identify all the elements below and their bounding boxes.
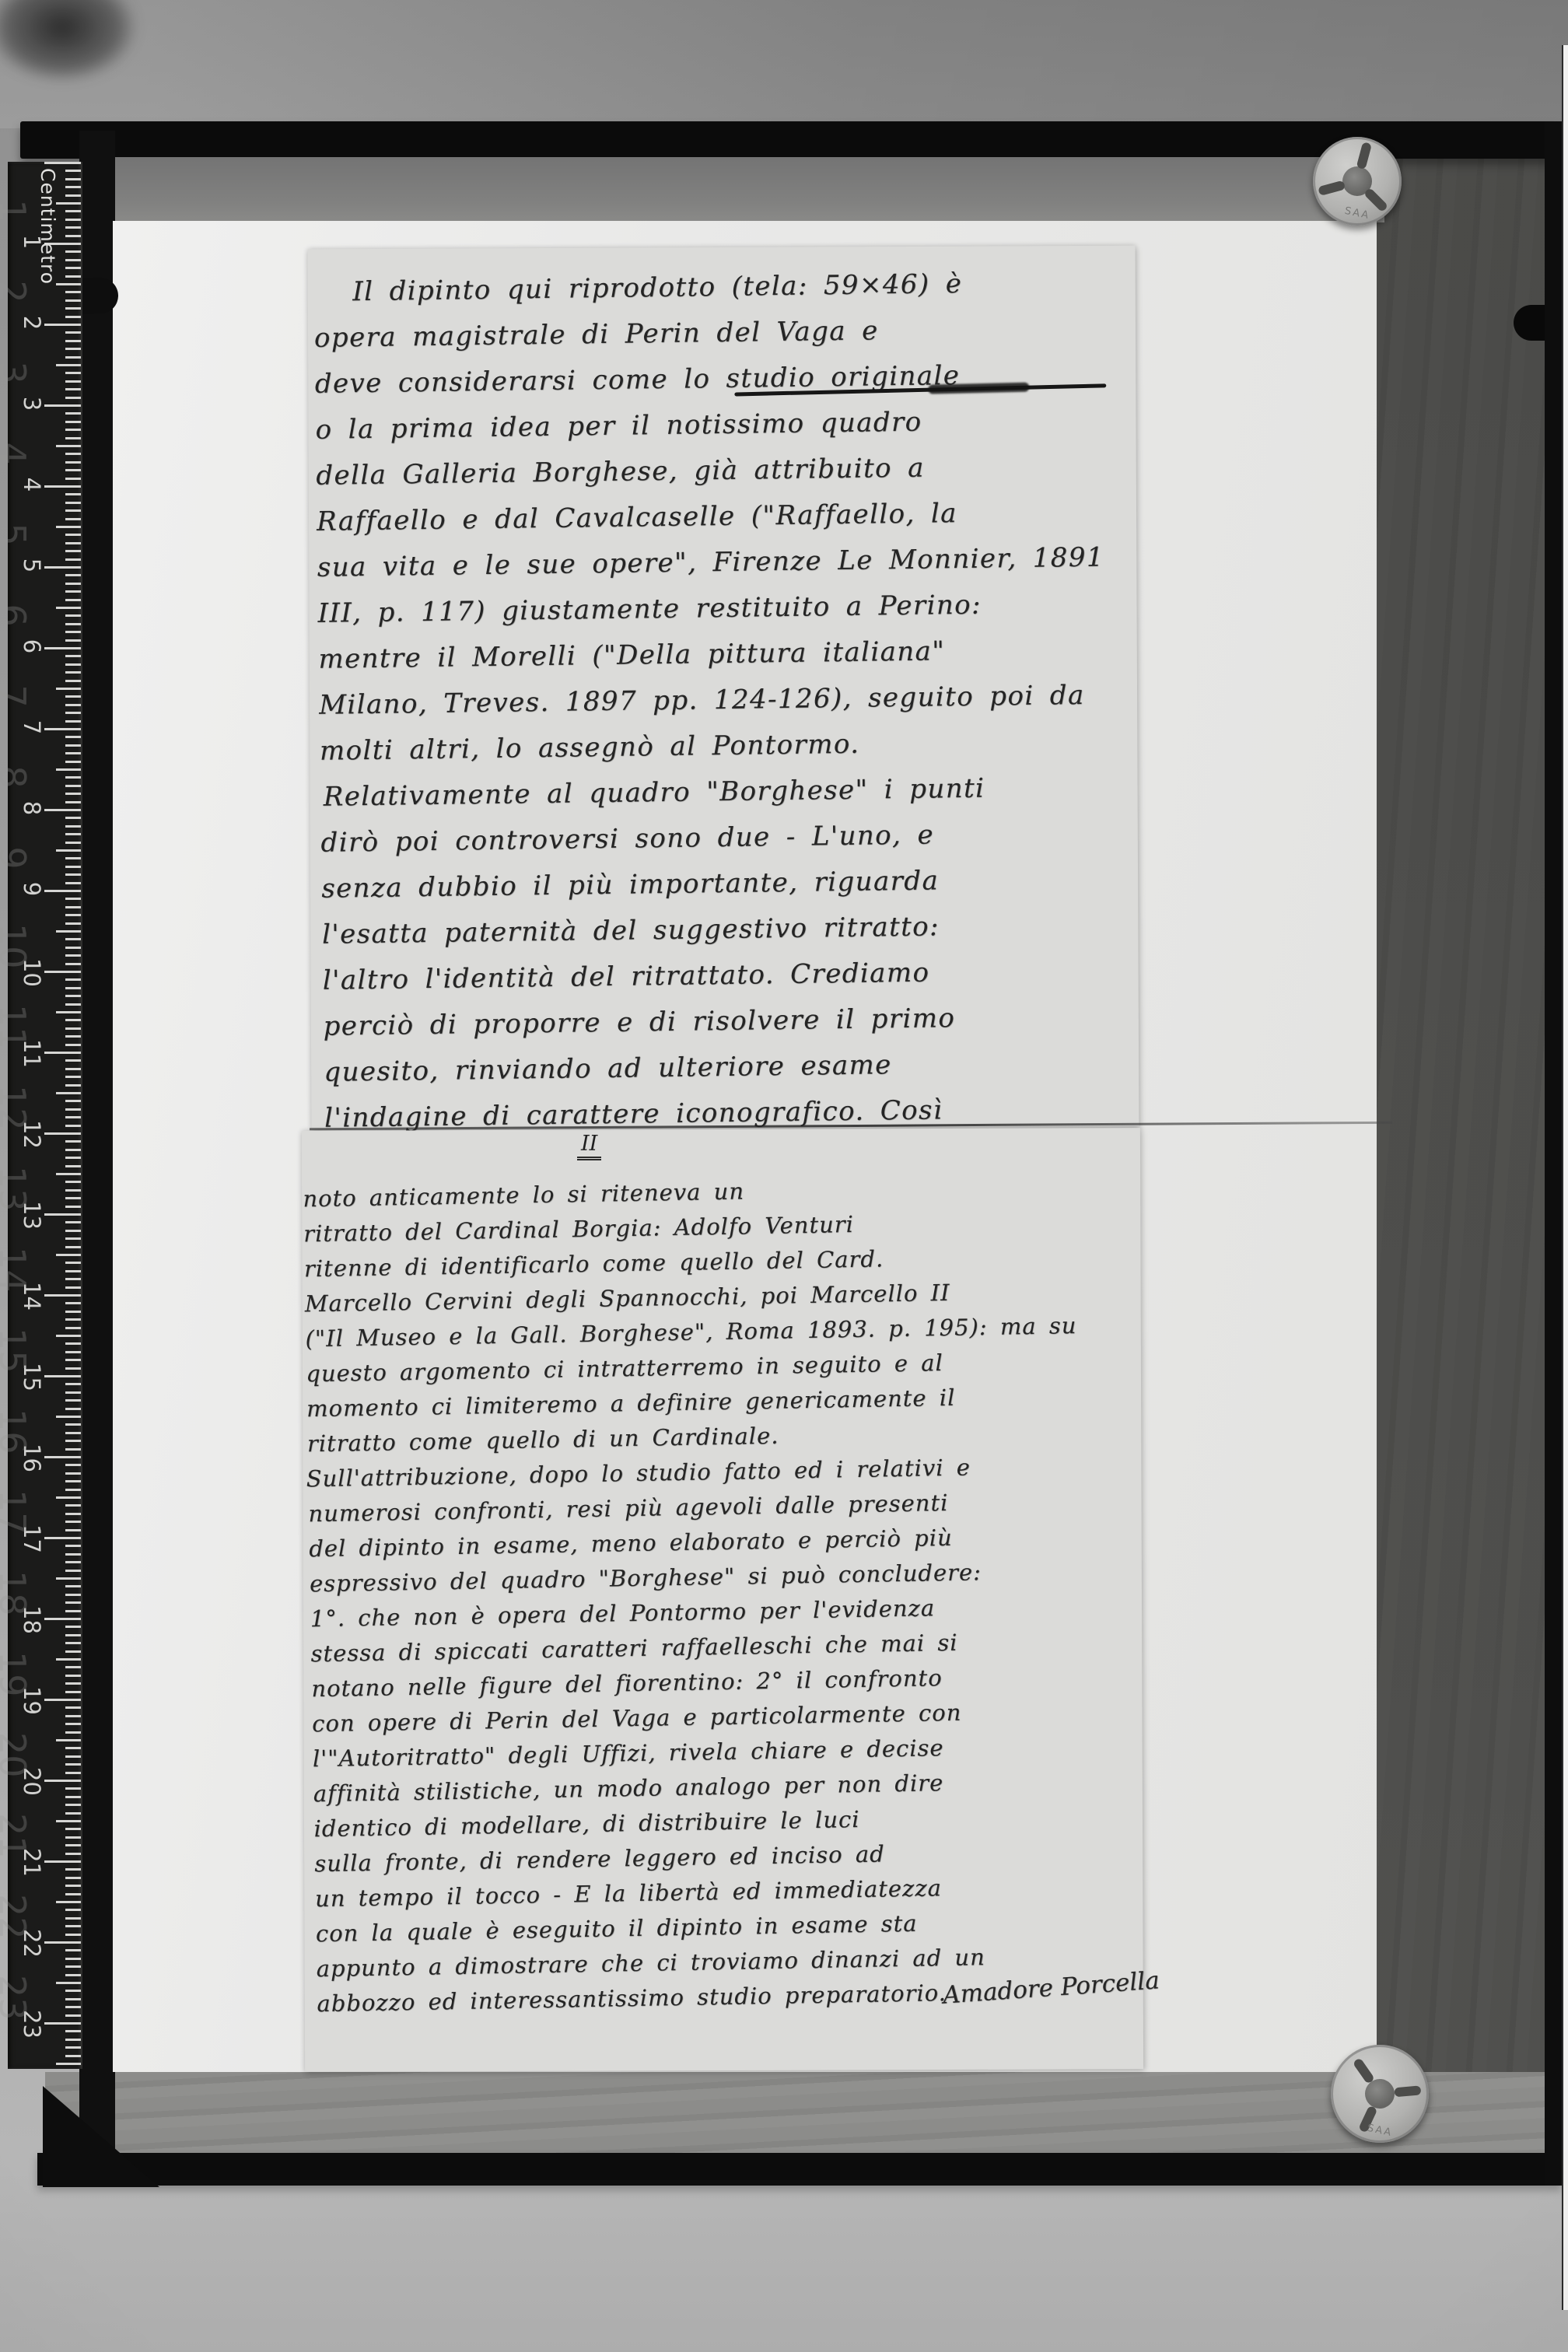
ruler-tick: [65, 1723, 81, 1725]
ruler-number: 8: [20, 796, 44, 820]
ruler-tick: [65, 1853, 81, 1855]
ruler-tick: [65, 1408, 81, 1410]
ruler-tick: [65, 1998, 81, 2000]
ruler-tick: [65, 744, 81, 747]
ruler-ghost-number: 17: [0, 1489, 30, 1521]
wood-band-bottom: [45, 2072, 1545, 2153]
ruler-tick: [65, 2014, 81, 2017]
disc-screw-top-right: SAA: [1313, 137, 1402, 226]
ruler-tick: [65, 1601, 81, 1604]
ruler-tick: [65, 574, 81, 576]
ruler-tick: [65, 502, 81, 504]
ruler-tick: [44, 324, 81, 326]
ruler-tick: [65, 1772, 81, 1774]
ruler-tick: [44, 566, 81, 569]
ruler-tick: [65, 801, 81, 803]
ruler-tick: [65, 518, 81, 520]
ruler-ghost-number: 16: [0, 1409, 30, 1440]
ruler-tick: [56, 1739, 81, 1741]
ruler-tick: [65, 1909, 81, 1911]
ruler-tick: [56, 1416, 81, 1418]
ruler-number: 4: [20, 473, 44, 496]
ruler-ghost-number: 4: [0, 438, 30, 469]
ruler-tick: [65, 947, 81, 949]
ruler-tick: [65, 1804, 81, 1806]
ruler-tick: [65, 1885, 81, 1887]
ruler-tick: [56, 2063, 81, 2065]
ruler-tick: [65, 1027, 81, 1030]
ruler-tick: [65, 1100, 81, 1102]
ruler-tick: [65, 1318, 81, 1321]
ruler-tick: [65, 299, 81, 302]
ruler-tick: [65, 542, 81, 544]
ruler-tick: [65, 267, 81, 269]
ruler-tick: [65, 1836, 81, 1839]
ruler-tick: [65, 1246, 81, 1248]
ruler-label: Centimetro: [37, 168, 59, 285]
ruler-tick: [65, 1917, 81, 1920]
ruler-tick: [65, 590, 81, 593]
ruler-tick: [65, 922, 81, 925]
screw-slot: [1318, 180, 1346, 196]
ruler-tick: [65, 259, 81, 261]
ruler-tick: [65, 833, 81, 835]
ruler-number: 5: [20, 554, 44, 577]
ruler-tick: [65, 1116, 81, 1118]
screw-slot: [1394, 2085, 1421, 2097]
ruler-tick: [44, 1132, 81, 1135]
ruler-tick: [65, 1974, 81, 1976]
ruler-tick: [65, 1521, 81, 1523]
ruler-tick: [65, 1044, 81, 1046]
ruler-tick: [44, 1375, 81, 1377]
ruler-tick: [65, 1189, 81, 1192]
ruler-tick: [65, 825, 81, 828]
ruler-tick: [65, 1480, 81, 1482]
ruler-tick: [65, 1877, 81, 1879]
ruler-tick: [65, 1423, 81, 1426]
ruler-tick: [65, 1925, 81, 1927]
ruler-tick: [65, 250, 81, 253]
ruler-tick: [65, 1755, 81, 1758]
ruler-tick: [65, 873, 81, 876]
ruler-tick: [56, 526, 81, 528]
ruler-tick: [65, 1594, 81, 1596]
ruler-tick: [56, 849, 81, 852]
ruler-tick: [56, 1335, 81, 1337]
ruler-tick: [65, 1650, 81, 1653]
ruler-tick: [44, 890, 81, 892]
ruler-tick: [65, 631, 81, 633]
ruler-tick: [65, 1682, 81, 1685]
ruler-tick: [65, 1286, 81, 1289]
frame-left-edge: [79, 131, 115, 2153]
ruler-tick: [65, 1513, 81, 1515]
ruler-ghost-number: 10: [0, 923, 30, 954]
ruler-tick: [65, 356, 81, 359]
ruler-tick: [65, 761, 81, 763]
ruler-tick: [65, 736, 81, 738]
ruler-ghost-number: 11: [0, 1004, 30, 1035]
ruler-tick: [65, 1553, 81, 1556]
ruler-tick: [65, 1206, 81, 1208]
board-top-margin: [109, 157, 1384, 222]
ruler-tick: [65, 1019, 81, 1021]
ruler-tick: [65, 614, 81, 617]
ruler-tick: [44, 1213, 81, 1216]
ruler-tick: [65, 1351, 81, 1353]
ruler-tick: [44, 1860, 81, 1863]
ruler-tick: [44, 1294, 81, 1297]
ruler-tick: [65, 1221, 81, 1223]
ruler-tick: [65, 1035, 81, 1038]
ruler-ghost-number: 15: [0, 1328, 30, 1359]
ruler-tick: [65, 461, 81, 464]
ruler-tick: [65, 1844, 81, 1846]
ruler-tick: [65, 1828, 81, 1830]
sheet2-text: noto anticamente lo si riteneva unritrat…: [296, 1122, 1150, 2022]
ruler-tick: [65, 291, 81, 293]
ruler-tick: [56, 1173, 81, 1175]
ruler-tick: [65, 1934, 81, 1936]
ruler-tick: [65, 1076, 81, 1078]
ruler-tick: [65, 1642, 81, 1644]
ruler-tick: [65, 712, 81, 714]
ruler-ghost-number: 8: [0, 761, 30, 793]
ruler-tick: [65, 1893, 81, 1895]
ruler-tick: [65, 1965, 81, 1968]
ruler-tick: [65, 2055, 81, 2057]
ruler-number: 7: [20, 716, 44, 739]
ruler-tick: [65, 307, 81, 310]
ruler-tick: [65, 793, 81, 795]
ruler-tick: [65, 1391, 81, 1394]
ruler-tick: [65, 1270, 81, 1272]
ruler-tick: [56, 688, 81, 690]
ruler-ghost-number: 22: [0, 1894, 30, 1925]
ruler-tick: [65, 1230, 81, 1232]
ruler-tick: [65, 1570, 81, 1572]
ruler-tick: [65, 1545, 81, 1547]
right-white-sliver: [1562, 45, 1568, 2310]
disc-screw-bottom-right: SAA: [1331, 2045, 1429, 2143]
ruler-tick: [65, 704, 81, 706]
ruler-tick: [65, 534, 81, 536]
ruler-tick: [44, 1780, 81, 1782]
ruler-tick: [65, 170, 81, 172]
ruler-tick: [65, 1868, 81, 1871]
ruler-tick: [65, 1675, 81, 1677]
manuscript-sheet-1: Il dipinto qui riprodotto (tela: 59×46) …: [308, 246, 1139, 1130]
ruler-tick: [65, 1359, 81, 1361]
ruler-tick: [44, 2022, 81, 2025]
ruler-tick: [65, 1787, 81, 1790]
ruler-ghost-number: 7: [0, 681, 30, 712]
ruler-tick: [65, 906, 81, 908]
ruler-tick: [65, 752, 81, 754]
ruler-tick: [65, 550, 81, 552]
ruler-tick: [65, 1278, 81, 1280]
ruler-ghost-number: 14: [0, 1247, 30, 1278]
ruler-tick: [65, 2030, 81, 2032]
ruler-tick: [65, 583, 81, 585]
ruler-ghost-number: 19: [0, 1651, 30, 1682]
ruler-tick: [65, 194, 81, 197]
ruler-tick: [65, 671, 81, 674]
ruler-tick: [65, 1489, 81, 1491]
ruler-tick: [65, 1949, 81, 1951]
ruler-tick: [56, 1092, 81, 1094]
ruler-tick: [44, 1699, 81, 1701]
ruler-tick: [65, 1059, 81, 1062]
ruler-ghost-number: 6: [0, 600, 30, 631]
ruler-tick: [65, 963, 81, 965]
ruler-tick: [65, 493, 81, 495]
ruler-ghost-number: 20: [0, 1732, 30, 1763]
ruler-tick: [65, 1610, 81, 1612]
ruler-tick: [44, 1456, 81, 1458]
ruler-tick: [65, 421, 81, 423]
manuscript-sheet-2: noto anticamente lo si riteneva unritrat…: [302, 1128, 1143, 2072]
ruler-tick: [65, 219, 81, 221]
ruler-tick: [65, 509, 81, 512]
ruler-tick: [44, 404, 81, 407]
ruler-tick: [65, 235, 81, 237]
sheet1-text: Il dipinto qui riprodotto (tela: 59×46) …: [304, 242, 1143, 1142]
ruler-tick: [65, 331, 81, 334]
ruler-tick: [44, 1618, 81, 1620]
ruler-ghost-number: 18: [0, 1570, 30, 1601]
backdrop-top-band: [0, 0, 1568, 128]
ruler-tick: [65, 785, 81, 787]
frame-bottom-edge: [37, 2153, 1562, 2186]
ruler-tick: [65, 1634, 81, 1636]
ruler-tick: [65, 1666, 81, 1668]
ruler-tick: [44, 162, 81, 164]
ruler-tick: [65, 842, 81, 844]
ruler-tick: [65, 1311, 81, 1313]
screw-slot: [1363, 187, 1389, 213]
frame-right-edge: [1545, 121, 1562, 2186]
ruler-tick: [65, 1796, 81, 1798]
ruler-tick: [65, 558, 81, 561]
ruler-tick: [65, 1125, 81, 1127]
ruler-tick: [65, 655, 81, 657]
ruler-tick: [56, 1496, 81, 1499]
ruler-tick: [65, 372, 81, 374]
ruler-tick: [65, 1197, 81, 1199]
ruler-tick: [65, 623, 81, 625]
screw-hub: [1365, 2079, 1395, 2109]
ruler-tick: [65, 1626, 81, 1628]
ruler-tick: [65, 1990, 81, 1992]
ruler-tick: [65, 720, 81, 723]
ruler-tick: [65, 882, 81, 884]
ruler-tick: [65, 978, 81, 981]
ruler-tick: [65, 275, 81, 278]
ruler-tick: [65, 1140, 81, 1143]
ruler-tick: [65, 1157, 81, 1159]
ruler-tick: [65, 412, 81, 415]
ruler-tick: [65, 914, 81, 916]
ruler-tick: [65, 453, 81, 455]
ruler-number: 6: [20, 635, 44, 658]
ruler-tick: [65, 954, 81, 957]
ruler-tick: [65, 2006, 81, 2008]
ruler-tick: [56, 930, 81, 933]
ruler-tick: [56, 364, 81, 366]
ruler-tick: [44, 728, 81, 730]
ruler-tick: [65, 1262, 81, 1264]
ruler-tick: [56, 1820, 81, 1822]
ruler-tick: [56, 1658, 81, 1661]
ruler-ghost-number: 9: [0, 842, 30, 873]
ruler-tick: [65, 898, 81, 900]
ruler-tick: [65, 1812, 81, 1815]
ruler-tick: [65, 663, 81, 666]
ruler-tick: [65, 1529, 81, 1531]
ruler-tick: [65, 1715, 81, 1717]
ruler-ghost-number: 12: [0, 1085, 30, 1116]
ruler-tick: [65, 857, 81, 859]
ruler-tick: [65, 995, 81, 997]
ruler-tick: [65, 1747, 81, 1749]
ruler-tick: [65, 1464, 81, 1466]
ruler-tick: [65, 1084, 81, 1087]
ruler-number: 2: [20, 311, 44, 334]
ruler-tick: [65, 226, 81, 229]
ruler-tick: [65, 348, 81, 350]
ruler-tick: [65, 1432, 81, 1434]
ruler-tick: [65, 1731, 81, 1734]
screw-marking: SAA: [1343, 205, 1370, 222]
centimeter-ruler: 1234567891011121314151617181920212223 12…: [8, 162, 82, 2069]
ruler-tick: [56, 1577, 81, 1580]
ruler-tick: [65, 1367, 81, 1370]
ruler-tick: [65, 1691, 81, 1693]
screw-marking: SAA: [1366, 2123, 1393, 2139]
ruler-tick: [65, 1585, 81, 1587]
ruler-tick: [65, 639, 81, 642]
ruler-tick: [65, 1440, 81, 1442]
ruler-tick: [65, 776, 81, 779]
ruler-tick: [65, 1302, 81, 1304]
ruler-number: 9: [20, 877, 44, 901]
ruler-tick: [65, 1342, 81, 1345]
ruler-tick: [65, 938, 81, 940]
ruler-tick: [65, 1472, 81, 1475]
ruler-tick: [44, 971, 81, 973]
ruler-ghost-number: 2: [0, 276, 30, 307]
ruler-tick: [44, 485, 81, 488]
ruler-tick: [65, 695, 81, 698]
ruler-tick: [65, 817, 81, 819]
ruler-ghost-number: 13: [0, 1166, 30, 1197]
ruler-ghost-number: 3: [0, 357, 30, 388]
ruler-tick: [65, 316, 81, 318]
ruler-ghost-number: 23: [0, 1975, 30, 2006]
ruler-tick: [65, 1958, 81, 1960]
ruler-tick: [44, 1941, 81, 1944]
wood-batten-right: [1377, 157, 1545, 2153]
ruler-tick: [56, 283, 81, 285]
ruler-tick: [65, 380, 81, 383]
ruler-tick: [56, 445, 81, 447]
ruler-tick: [65, 599, 81, 601]
ruler-tick: [56, 1011, 81, 1013]
section-numeral: II: [577, 1132, 601, 1160]
archival-photo-page: { "ruler": { "label": "Centimetro", "num…: [0, 0, 1568, 2352]
ruler-tick: [44, 1052, 81, 1054]
ruler-tick: [65, 1561, 81, 1563]
ruler-tick: [65, 1003, 81, 1006]
ruler-ghost-number: 1: [0, 195, 30, 226]
ruler-tick: [56, 202, 81, 205]
ruler-tick: [56, 768, 81, 771]
ruler-tick: [65, 340, 81, 342]
ruler-tick: [65, 1383, 81, 1385]
ruler-tick: [65, 1706, 81, 1709]
ruler-tick: [65, 186, 81, 188]
ruler-tick: [65, 388, 81, 390]
ruler-tick: [65, 2046, 81, 2049]
ruler-tick: [56, 607, 81, 609]
ruler-tick: [65, 210, 81, 212]
ruler-tick: [65, 437, 81, 439]
ruler-tick: [65, 1504, 81, 1507]
ruler-ghost-number: 5: [0, 519, 30, 550]
ruler-tick: [56, 1982, 81, 1984]
ruler-tick: [56, 1901, 81, 1903]
ruler-tick: [44, 1537, 81, 1539]
ruler-tick: [65, 1237, 81, 1240]
ruler-tick: [65, 469, 81, 471]
ruler-number: 3: [20, 392, 44, 415]
ruler-tick: [65, 1327, 81, 1329]
ruler-tick: [65, 2039, 81, 2041]
ruler-tick: [65, 429, 81, 431]
ruler-tick: [65, 680, 81, 682]
screw-slot: [1356, 142, 1372, 170]
screw-slot: [1353, 2057, 1375, 2084]
ruler-tick: [65, 1165, 81, 1167]
ruler-tick: [65, 1399, 81, 1402]
ruler-tick: [65, 866, 81, 868]
ruler-ghost-number: 21: [0, 1813, 30, 1844]
ruler-tick: [65, 397, 81, 399]
ruler-tick: [65, 1108, 81, 1111]
ruler-tick: [65, 987, 81, 989]
ruler-tick: [65, 178, 81, 180]
ruler-tick: [65, 1763, 81, 1766]
ruler-tick: [65, 1448, 81, 1451]
ruler-tick: [44, 809, 81, 811]
ruler-tick: [65, 1181, 81, 1183]
ruler-tick: [65, 1068, 81, 1070]
ruler-tick: [65, 478, 81, 480]
ruler-tick: [56, 1254, 81, 1256]
ruler-tick: [65, 1149, 81, 1151]
ruler-tick: [44, 647, 81, 649]
